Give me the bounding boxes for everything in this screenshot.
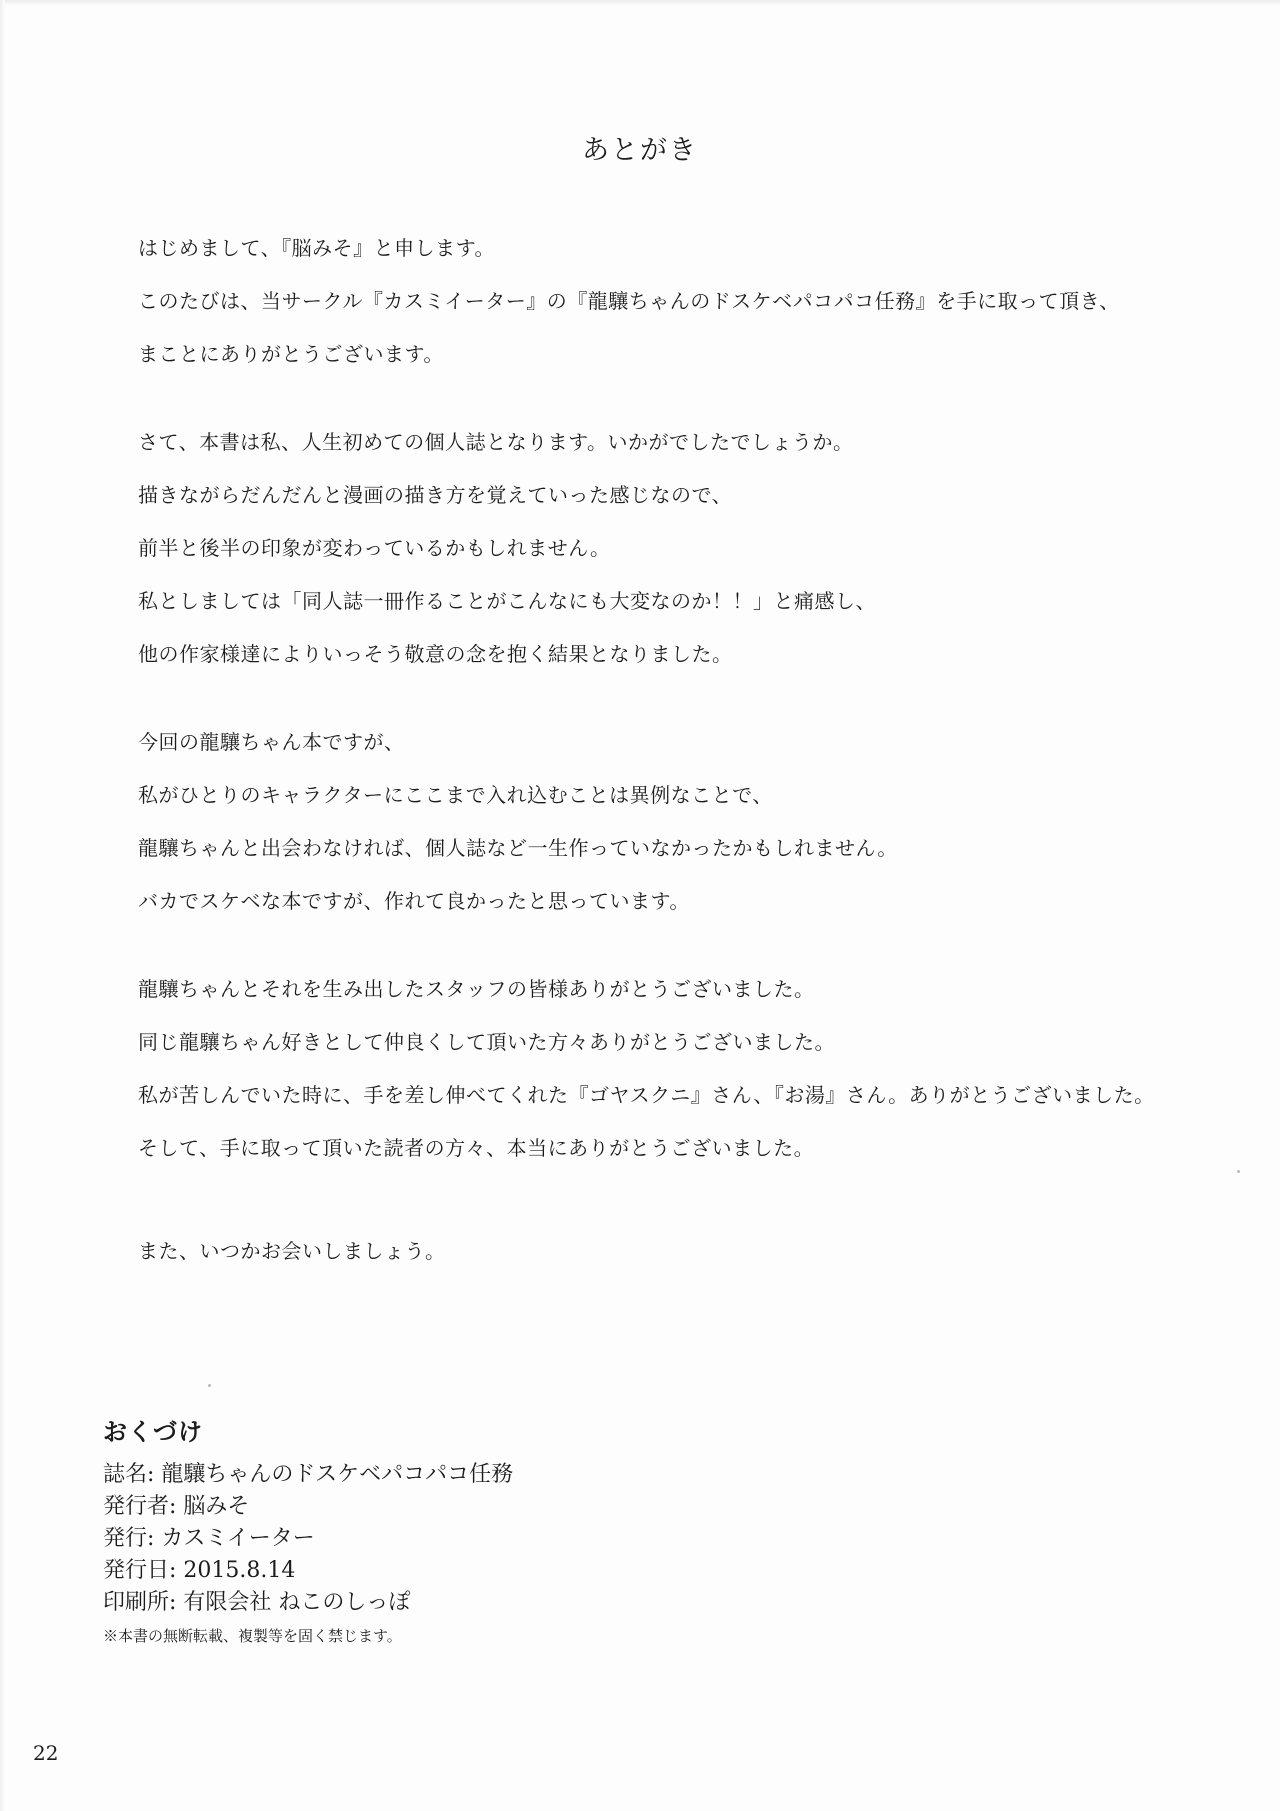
document-page: あとがき はじめまして、『脳みそ』と申します。 このたびは、当サークル『カスミイ… bbox=[0, 0, 1280, 1811]
text-line: 同じ龍驤ちゃん好きとして仲良くして頂いた方々ありがとうございました。 bbox=[138, 1030, 835, 1054]
text-line: そして、手に取って頂いた読者の方々、本当にありがとうございました。 bbox=[138, 1136, 814, 1160]
copyright-notice: ※本書の無断転載、複製等を固く禁じます。 bbox=[103, 1625, 513, 1646]
text-line: 龍驤ちゃんとそれを生み出したスタッフの皆様ありがとうございました。 bbox=[138, 977, 815, 1001]
text-line: 龍驤ちゃんと出会わなければ、個人誌など一生作っていなかったかもしれません。 bbox=[138, 836, 898, 860]
page-number: 22 bbox=[33, 1741, 58, 1765]
scan-edge bbox=[0, 0, 1280, 6]
text-line: このたびは、当サークル『カスミイーター』の『龍驤ちゃんのドスケベパコパコ任務』を… bbox=[138, 289, 1120, 313]
text-line: 描きながらだんだんと漫画の描き方を覚えていった感じなので、 bbox=[138, 483, 732, 507]
colophon-heading: おくづけ bbox=[103, 1412, 513, 1447]
text-line: はじめまして、『脳みそ』と申します。 bbox=[138, 236, 495, 260]
page-title: あとがき bbox=[0, 128, 1280, 167]
scan-speck bbox=[208, 1384, 211, 1387]
text-line: 今回の龍驤ちゃん本ですが、 bbox=[138, 730, 405, 754]
colophon-date-row: 発行日: 2015.8.14 bbox=[103, 1555, 513, 1587]
text-line: さて、本書は私、人生初めての個人誌となります。いかがでしたでしょうか。 bbox=[138, 430, 854, 454]
scan-edge bbox=[0, 0, 5, 1811]
text-line: 私が苦しんでいた時に、手を差し伸べてくれた『ゴヤスクニ』さん、『お湯』さん。あり… bbox=[138, 1083, 1155, 1107]
text-line: 前半と後半の印象が変わっているかもしれません。 bbox=[138, 536, 611, 560]
text-line: 私としましては「同人誌一冊作ることがこんなにも大変なのか！！」と痛感し、 bbox=[138, 589, 876, 613]
text-line: 他の作家様達によりいっそう敬意の念を抱く結果となりました。 bbox=[138, 642, 733, 666]
colophon-title-row: 誌名: 龍驤ちゃんのドスケベパコパコ任務 bbox=[103, 1459, 513, 1491]
text-line: また、いつかお会いしましょう。 bbox=[138, 1239, 446, 1263]
text-line: まことにありがとうございます。 bbox=[138, 342, 444, 366]
colophon-printer-row: 印刷所: 有限会社 ねこのしっぽ bbox=[103, 1587, 513, 1619]
text-line: バカでスケベな本ですが、作れて良かったと思っています。 bbox=[138, 889, 690, 913]
colophon-author-row: 発行者: 脳みそ bbox=[103, 1491, 513, 1523]
colophon: おくづけ 誌名: 龍驤ちゃんのドスケベパコパコ任務 発行者: 脳みそ 発行: カ… bbox=[103, 1412, 513, 1646]
scan-speck bbox=[1237, 1170, 1240, 1173]
text-line: 私がひとりのキャラクターにここまで入れ込むことは異例なことで、 bbox=[138, 783, 773, 807]
colophon-publisher-row: 発行: カスミイーター bbox=[103, 1523, 513, 1555]
